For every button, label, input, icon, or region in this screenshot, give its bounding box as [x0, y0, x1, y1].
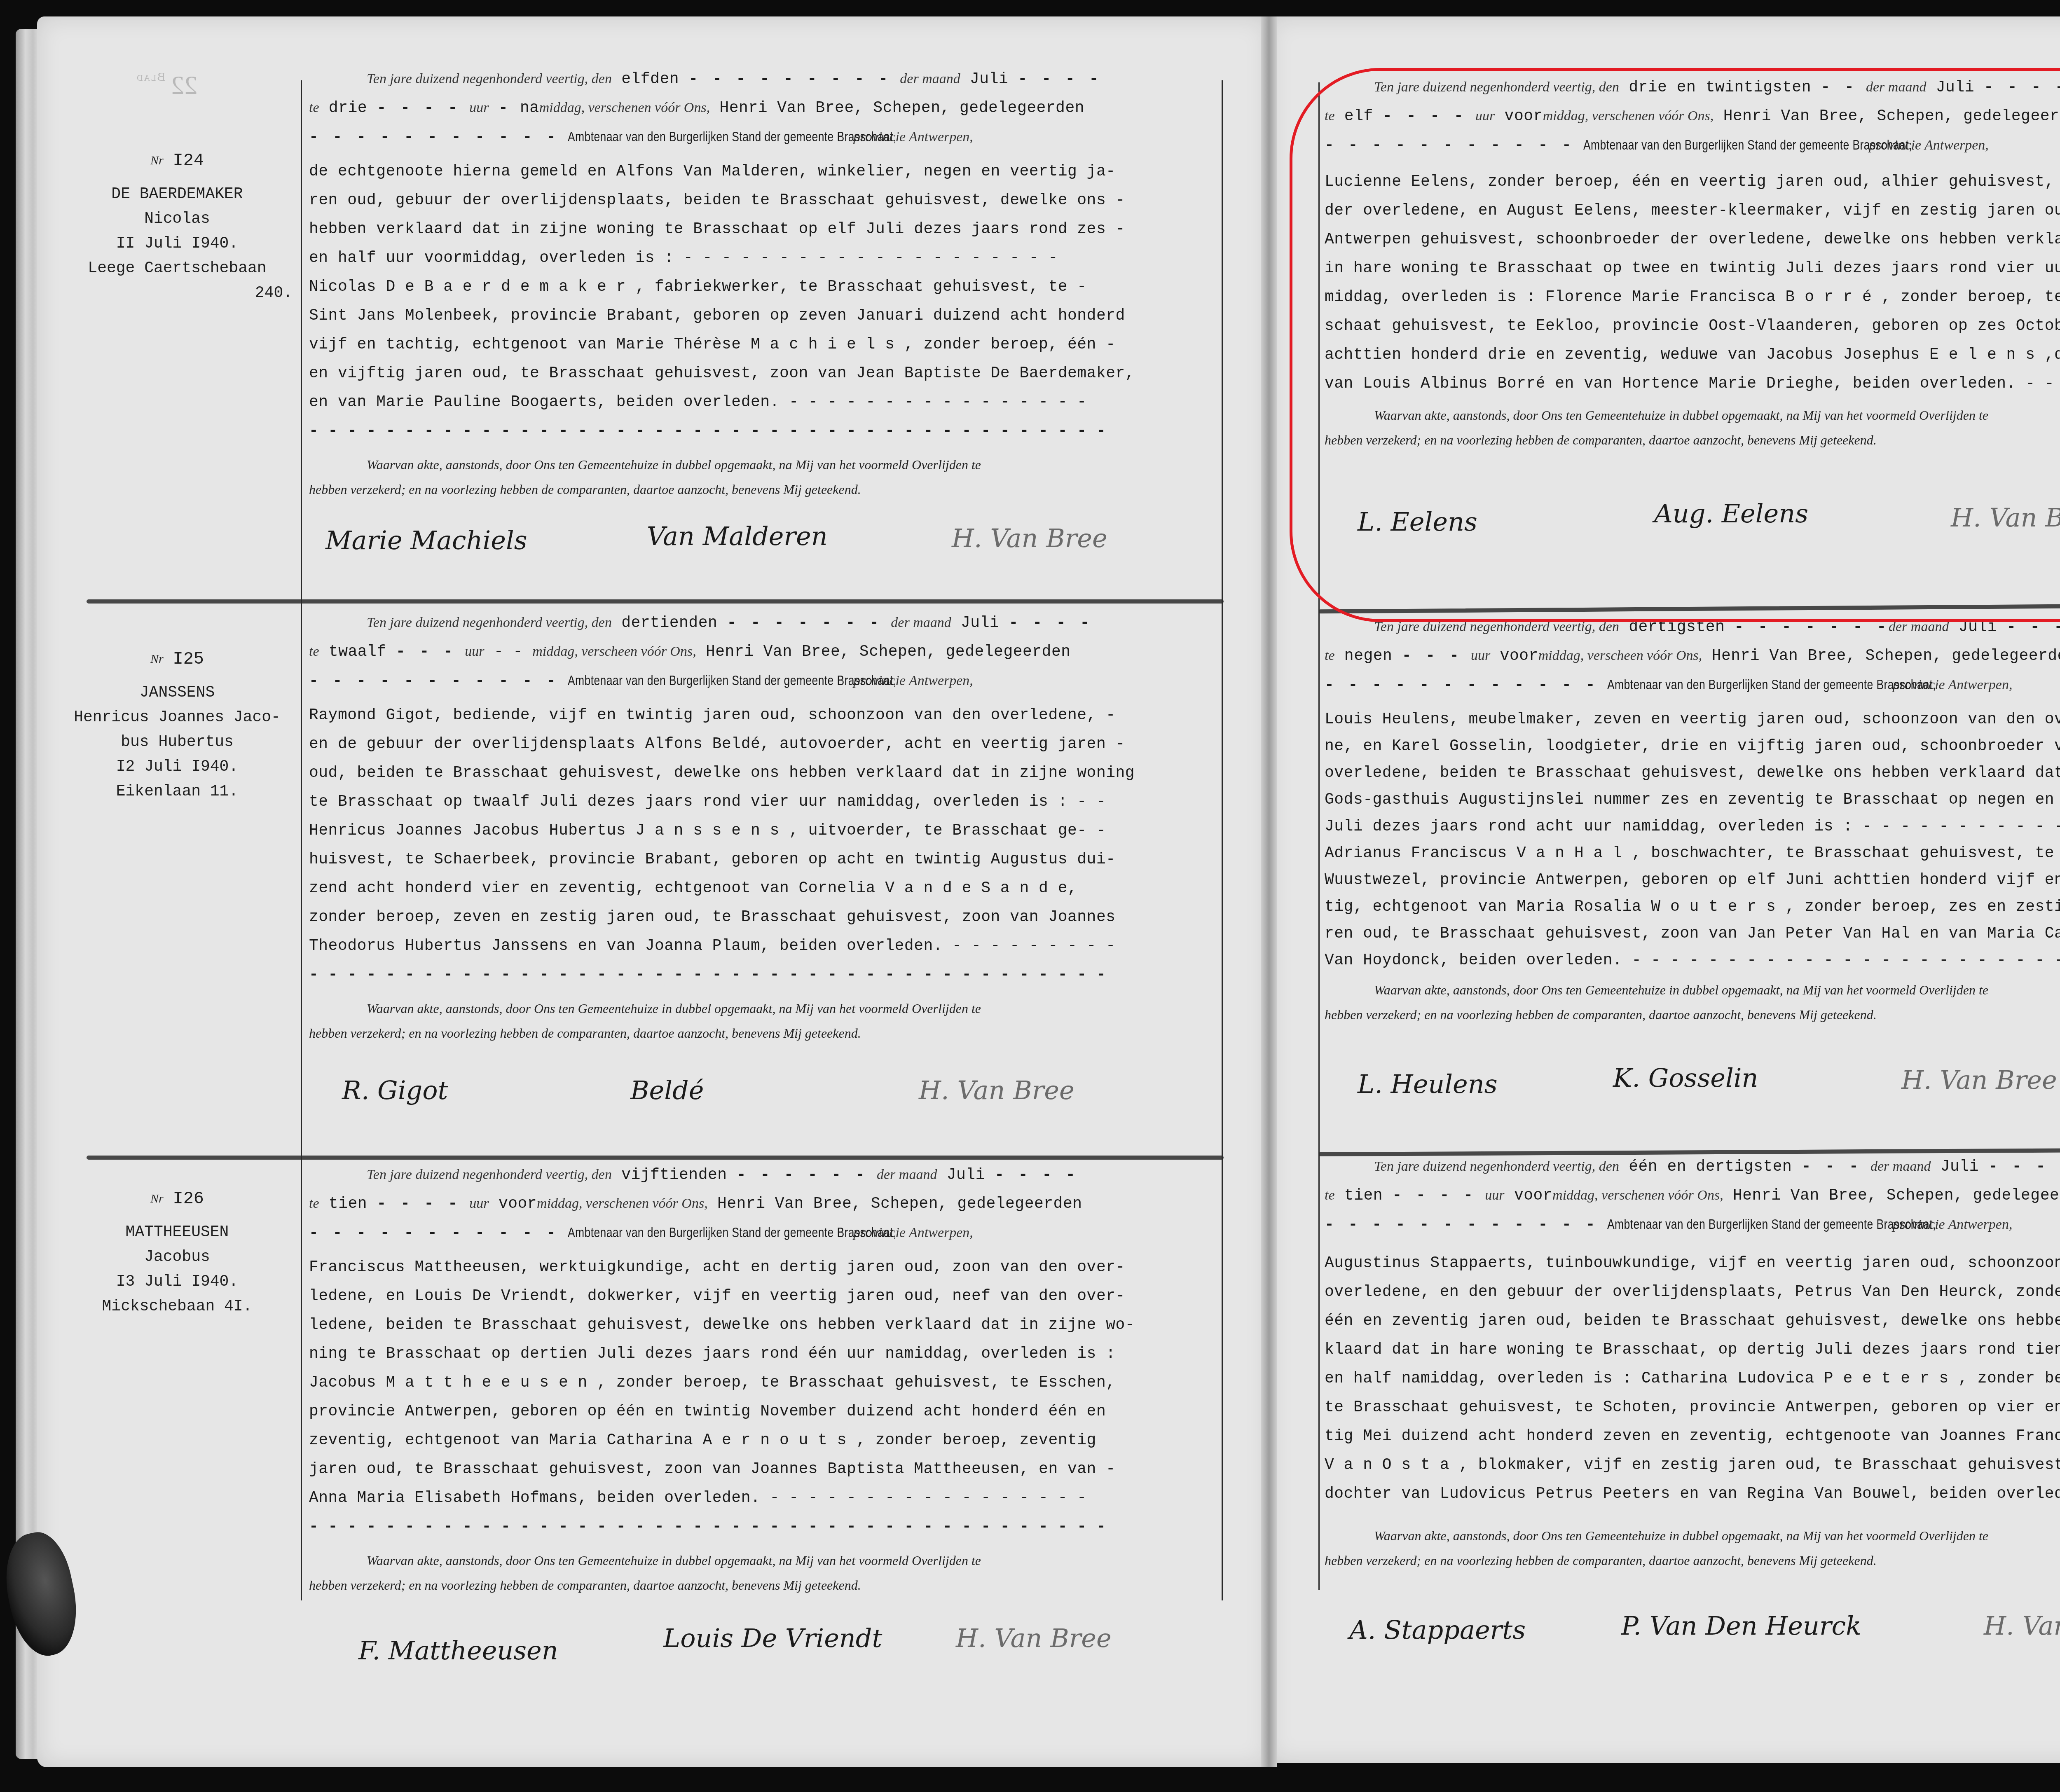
record-body-line: dochter van Ludovicus Petrus Peeters en … [1325, 1485, 2060, 1503]
uur-label: uur [1485, 1188, 1504, 1203]
record-body-line: Sint Jans Molenbeek, provincie Brabant, … [309, 307, 1220, 325]
margin-summary-125: Nr I25 JANSSENS Henricus Joannes Jaco- b… [58, 647, 297, 804]
opening-formula: Ten jare duizend negenhonderd veertig, d… [367, 1167, 612, 1182]
signature-official: H. Van Bree [1951, 503, 2060, 533]
signature-declarant-2: P. Van Den Heurck [1621, 1611, 1861, 1641]
verschenen-formula: middag, verschenen vóór Ons, [537, 1196, 708, 1211]
verschenen-formula: middag, verschenen vóór Ons, [539, 100, 710, 115]
der-maand-label: der maand [1889, 619, 1949, 634]
record-body-line: ren oud, te Brasschaat gehuisvest, zoon … [1325, 925, 2060, 943]
hour-field: tien [329, 1195, 367, 1213]
ambtenaar-formula: Ambtenaar van den Burgerlijken Stand der… [1607, 1215, 1936, 1233]
closing-formula-1: Waarvan akte, aanstonds, door Ons ten Ge… [1374, 408, 1988, 423]
official-name: Henri Van Bree, Schepen, gedelegeerden [706, 643, 1071, 661]
death-date: I2 Juli I940. [58, 755, 297, 779]
record-body-line: zeventig, echtgenoot van Maria Catharina… [309, 1432, 1220, 1450]
death-record-129: Ten jare duizend negenhonderd veertig, d… [1325, 1158, 2060, 1734]
ampm-field: voor [1500, 647, 1538, 665]
verschenen-formula: middag, verschenen vóór Ons, [1552, 1188, 1723, 1203]
closing-formula-1: Waarvan akte, aanstonds, door Ons ten Ge… [367, 457, 981, 473]
record-body-line: te Brasschaat op twaalf Juli dezes jaars… [309, 793, 1220, 811]
ambtenaar-formula: Ambtenaar van den Burgerlijken Stand der… [568, 1224, 897, 1242]
official-name: Henri Van Bree, Schepen, gedelegeerden [1723, 108, 2060, 125]
record-body-line: en de gebuur der overlijdensplaats Alfon… [309, 735, 1220, 753]
death-record-128: Ten jare duizend negenhonderd veertig, d… [1325, 618, 2060, 1145]
uur-label: uur [465, 644, 484, 659]
record-body-line: ren oud, gebuur der overlijdensplaats, b… [309, 192, 1220, 210]
signature-declarant-2: Aug. Eelens [1654, 498, 1808, 529]
day-field: elfden [621, 70, 679, 88]
left-page-right-rule [1222, 80, 1223, 1600]
te-label: te [1325, 1188, 1335, 1203]
deceased-given-names: Jacobus [58, 1245, 297, 1270]
deceased-surname: JANSSENS [58, 681, 297, 705]
record-body-line: Theodorus Hubertus Janssens en van Joann… [309, 937, 1220, 955]
official-name: Henri Van Bree, Schepen, gedelegeerden [1712, 647, 2060, 665]
te-label: te [309, 644, 319, 659]
uur-label: uur [469, 100, 489, 115]
signature-declarant-2: K. Gosselin [1613, 1063, 1758, 1093]
number-prefix: Nr [150, 652, 164, 666]
der-maand-label: der maand [900, 71, 960, 87]
signature-official: H. Van Bree [919, 1075, 1074, 1105]
entry-separator [87, 1156, 1224, 1160]
filler-dashes: - - - - - - - - - - - - - - - - - - - - … [309, 966, 1220, 984]
record-body-line: huisvest, te Schaerbeek, provincie Braba… [309, 851, 1220, 869]
record-body-line: Anna Maria Elisabeth Hofmans, beiden ove… [309, 1489, 1220, 1507]
opening-formula: Ten jare duizend negenhonderd veertig, d… [1374, 619, 1619, 634]
record-body-line: oud, beiden te Brasschaat gehuisvest, de… [309, 764, 1220, 782]
der-maand-label: der maand [1866, 80, 1926, 95]
closing-formula-1: Waarvan akte, aanstonds, door Ons ten Ge… [1374, 1528, 1988, 1544]
ambtenaar-formula: Ambtenaar van den Burgerlijken Stand der… [568, 671, 897, 690]
month-field: Juli [1936, 79, 1974, 96]
day-field: vijftienden [621, 1166, 727, 1184]
page-stack-edge-left [16, 29, 40, 1759]
signature-declarant-2: Beldé [630, 1075, 704, 1105]
entry-separator [87, 599, 1224, 604]
record-body-line: vijf en tachtig, echtgenoot van Marie Th… [309, 336, 1220, 354]
ampm-field: voor [1514, 1187, 1552, 1205]
right-page-left-rule [1318, 82, 1320, 1590]
uur-label: uur [469, 1196, 489, 1211]
verscheen-formula: middag, verscheen vóór Ons, [532, 644, 696, 659]
verscheen-formula: middag, verscheen vóór Ons, [1538, 648, 1702, 663]
death-record-124: Ten jare duizend negenhonderd veertig, d… [309, 70, 1220, 597]
record-body-line: één en zeventig jaren oud, beiden te Bra… [1325, 1312, 2060, 1330]
record-body-line: Antwerpen gehuisvest, schoonbroeder der … [1325, 231, 2060, 249]
record-body-line: achttien honderd drie en zeventig, weduw… [1325, 346, 2060, 364]
record-number: I26 [173, 1189, 204, 1209]
margin-summary-124: Nr I24 DE BAERDEMAKER Nicolas II Juli I9… [58, 148, 297, 306]
official-name: Henri Van Bree, Schepen, gedelegeerden [717, 1195, 1082, 1213]
deceased-surname: DE BAERDEMAKER [58, 182, 297, 207]
month-field: Juli [961, 614, 999, 632]
month-field: Juli [1959, 618, 1997, 636]
signature-official: H. Van Bree [1901, 1065, 2057, 1095]
signature-official: H. Van Bree [952, 523, 1107, 553]
record-body-line: de echtgenoote hierna gemeld en Alfons V… [309, 163, 1220, 181]
te-label: te [1325, 108, 1335, 124]
ambtenaar-formula: Ambtenaar van den Burgerlijken Stand der… [1583, 136, 1912, 154]
death-date: I3 Juli I940. [58, 1270, 297, 1294]
signature-declarant-2: Louis De Vriendt [663, 1623, 882, 1653]
address-number: 240. [58, 281, 297, 306]
record-body-line: V a n O s t a , blokmaker, vijf en zesti… [1325, 1456, 2060, 1474]
left-margin-rule [301, 80, 302, 1600]
month-field: Juli [947, 1166, 985, 1184]
death-record-125: Ten jare duizend negenhonderd veertig, d… [309, 614, 1220, 1149]
record-body-line: overledene, beiden te Brasschaat gehuisv… [1325, 764, 2060, 782]
blad-number: 22 [171, 70, 197, 100]
record-body-line: schaat gehuisvest, te Eekloo, provincie … [1325, 317, 2060, 335]
record-body-line: ne, en Karel Gosselin, loodgieter, drie … [1325, 737, 2060, 756]
left-page-number: 22Blad [136, 70, 197, 101]
record-body-line: ledene, en Louis De Vriendt, dokwerker, … [309, 1287, 1220, 1305]
hour-field: tien [1344, 1187, 1383, 1205]
closing-formula-2: hebben verzekerd; en na voorlezing hebbe… [309, 1026, 861, 1041]
record-body-line: jaren oud, te Brasschaat gehuisvest, zoo… [309, 1460, 1220, 1479]
signature-official: H. Van Bree [956, 1623, 1112, 1653]
record-body-line: te Brasschaat gehuisvest, te Schoten, pr… [1325, 1399, 2060, 1417]
death-record-126: Ten jare duizend negenhonderd veertig, d… [309, 1166, 1220, 1743]
hour-field: drie [329, 99, 367, 117]
te-label: te [1325, 648, 1335, 663]
record-body-line: ledene, beiden te Brasschaat gehuisvest,… [309, 1316, 1220, 1334]
te-label: te [309, 1196, 319, 1211]
death-date: II Juli I940. [58, 232, 297, 256]
ambtenaar-formula: Ambtenaar van den Burgerlijken Stand der… [568, 128, 897, 146]
record-body-line: zonder beroep, zeven en zestig jaren oud… [309, 908, 1220, 926]
signature-official: H. Van Bree [1984, 1611, 2060, 1641]
closing-formula-1: Waarvan akte, aanstonds, door Ons ten Ge… [1374, 983, 1988, 998]
record-body-line: Nicolas D e B a e r d e m a k e r , fabr… [309, 278, 1220, 296]
closing-formula-2: hebben verzekerd; en na voorlezing hebbe… [309, 1578, 861, 1593]
day-field: één en dertigsten [1629, 1158, 1792, 1176]
record-body-line: provincie Antwerpen, geboren op één en t… [309, 1403, 1220, 1421]
record-body-line: en half namiddag, overleden is : Cathari… [1325, 1370, 2060, 1388]
signature-declarant-2: Van Malderen [647, 521, 828, 551]
hour-field: negen [1344, 647, 1393, 665]
address: Mickschebaan 4I. [58, 1294, 297, 1319]
record-body-line: Wuustwezel, provincie Antwerpen, geboren… [1325, 871, 2060, 889]
day-field: dertienden [621, 614, 717, 632]
record-body-line: Franciscus Mattheeusen, werktuigkundige,… [309, 1259, 1220, 1277]
day-field: drie en twintigsten [1629, 79, 1811, 96]
record-body-line: overledene, en den gebuur der overlijden… [1325, 1283, 2060, 1301]
signature-declarant-1: L. Eelens [1358, 507, 1477, 537]
record-body-line: in hare woning te Brasschaat op twee en … [1325, 260, 2060, 278]
record-body-line: en van Marie Pauline Boogaerts, beiden o… [309, 393, 1220, 412]
ampm-field: voor [1505, 108, 1543, 125]
signature-declarant-1: F. Mattheeusen [358, 1635, 558, 1666]
record-number: I25 [173, 649, 204, 669]
closing-formula-2: hebben verzekerd; en na voorlezing hebbe… [1325, 1007, 1877, 1022]
uur-label: uur [1475, 108, 1495, 124]
record-number: I24 [173, 151, 204, 171]
record-body-line: Gods-gasthuis Augustijnslei nummer zes e… [1325, 791, 2060, 809]
month-field: Juli [1941, 1158, 1979, 1176]
record-body-line: ning te Brasschaat op dertien Juli dezes… [309, 1345, 1220, 1363]
filler-dashes: - - - - - - - - - - - - - - - - - - - - … [309, 422, 1220, 440]
record-body-line: Lucienne Eelens, zonder beroep, één en v… [1325, 173, 2060, 191]
record-body-line: van Louis Albinus Borré en van Hortence … [1325, 375, 2060, 393]
signature-declarant-1: Marie Machiels [325, 525, 527, 555]
der-maand-label: der maand [877, 1167, 937, 1182]
hour-field: elf [1344, 108, 1373, 125]
official-name: Henri Van Bree, Schepen, gedelegeerden [1733, 1187, 2060, 1205]
closing-formula-2: hebben verzekerd; en na voorlezing hebbe… [1325, 1553, 1877, 1568]
deceased-given-names: Henricus Joannes Jaco- [58, 705, 297, 730]
ambtenaar-formula: Ambtenaar van den Burgerlijken Stand der… [1607, 676, 1936, 694]
number-prefix: Nr [150, 1192, 164, 1205]
day-field: dertigsten [1629, 618, 1725, 636]
signature-declarant-1: A. Stappaerts [1349, 1615, 1526, 1645]
address: Eikenlaan 11. [58, 779, 297, 804]
ampm-field: - - [494, 643, 523, 661]
closing-formula-2: hebben verzekerd; en na voorlezing hebbe… [1325, 433, 1877, 448]
opening-formula: Ten jare duizend negenhonderd veertig, d… [367, 71, 612, 87]
signature-declarant-1: R. Gigot [342, 1075, 448, 1105]
record-body-line: Henricus Joannes Jacobus Hubertus J a n … [309, 822, 1220, 840]
record-body-line: Jacobus M a t t h e e u s e n , zonder b… [309, 1374, 1220, 1392]
death-record-127: Ten jare duizend negenhonderd veertig, d… [1325, 78, 2060, 601]
official-name: Henri Van Bree, Schepen, gedelegeerden [719, 99, 1084, 117]
record-body-line: tig, echtgenoot van Maria Rosalia W o u … [1325, 898, 2060, 916]
record-body-line: Louis Heulens, meubelmaker, zeven en vee… [1325, 711, 2060, 729]
margin-summary-126: Nr I26 MATTHEEUSEN Jacobus I3 Juli I940.… [58, 1186, 297, 1319]
hour-field: twaalf [329, 643, 386, 661]
address: Leege Caertschebaan [58, 256, 297, 281]
record-body-line: middag, overleden is : Florence Marie Fr… [1325, 288, 2060, 306]
opening-formula: Ten jare duizend negenhonderd veertig, d… [1374, 1159, 1619, 1174]
month-field: Juli [970, 70, 1008, 88]
filler-dashes: - - - - - - - - - - - - - - - - - - - - … [309, 1518, 1220, 1536]
blad-label: Blad [136, 70, 165, 84]
record-body-line: zend acht honderd vier en zeventig, echt… [309, 880, 1220, 898]
record-body-line: Augustinus Stappaerts, tuinbouwkundige, … [1325, 1254, 2060, 1273]
record-body-line: der overledene, en August Eelens, meeste… [1325, 202, 2060, 220]
closing-formula-2: hebben verzekerd; en na voorlezing hebbe… [309, 482, 861, 497]
uur-label: uur [1471, 648, 1490, 663]
record-body-line: tig Mei duizend acht honderd zeven en ze… [1325, 1427, 2060, 1446]
verschenen-formula: middag, verschenen vóór Ons, [1543, 108, 1714, 124]
der-maand-label: der maand [1870, 1159, 1931, 1174]
der-maand-label: der maand [891, 615, 951, 630]
signature-declarant-1: L. Heulens [1358, 1069, 1498, 1099]
record-body-line: hebben verklaard dat in zijne woning te … [309, 220, 1220, 239]
book-gutter [1261, 16, 1277, 1767]
ampm-field: voor [499, 1195, 537, 1213]
number-prefix: Nr [150, 154, 164, 167]
record-body-line: en vijftig jaren oud, te Brasschaat gehu… [309, 365, 1220, 383]
opening-formula: Ten jare duizend negenhonderd veertig, d… [1374, 80, 1619, 95]
record-body-line: Juli dezes jaars rond acht uur namiddag,… [1325, 818, 2060, 836]
closing-formula-1: Waarvan akte, aanstonds, door Ons ten Ge… [367, 1553, 981, 1568]
record-body-line: Adrianus Franciscus V a n H a l , boschw… [1325, 845, 2060, 863]
te-label: te [309, 100, 319, 115]
ampm-field: na [520, 99, 539, 117]
record-body-line: klaard dat in hare woning te Brasschaat,… [1325, 1341, 2060, 1359]
deceased-given-names-cont: bus Hubertus [58, 730, 297, 755]
closing-formula-1: Waarvan akte, aanstonds, door Ons ten Ge… [367, 1001, 981, 1016]
record-body-line: Van Hoydonck, beiden overleden. - - - - … [1325, 952, 2060, 970]
record-body-line: Raymond Gigot, bediende, vijf en twintig… [309, 707, 1220, 725]
deceased-given-names: Nicolas [58, 207, 297, 232]
opening-formula: Ten jare duizend negenhonderd veertig, d… [367, 615, 612, 630]
record-body-line: en half uur voormiddag, overleden is : -… [309, 249, 1220, 267]
deceased-surname: MATTHEEUSEN [58, 1220, 297, 1245]
